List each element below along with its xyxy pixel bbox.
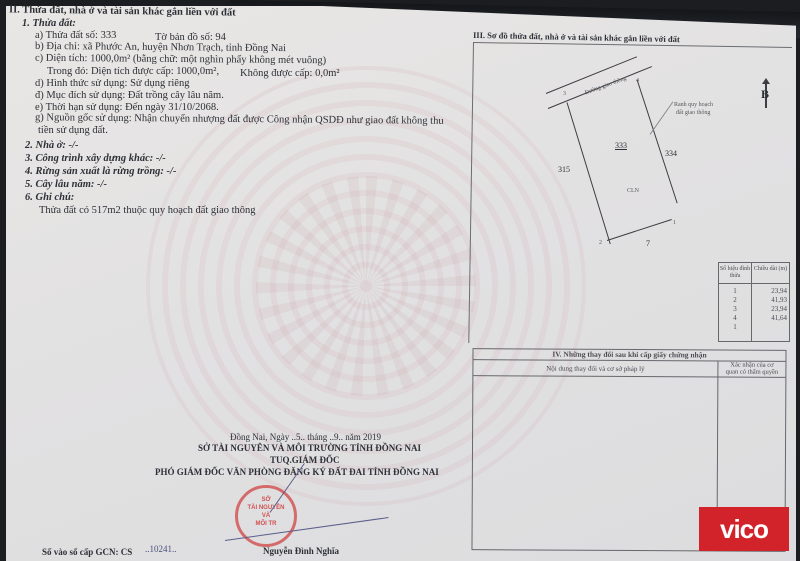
edge-number: 1	[719, 287, 751, 295]
edge-length-table: Số hiệu đỉnh thửa Chiều dài (m) 123,9424…	[718, 262, 790, 342]
on-behalf-of: TUQ.GIÁM ĐỐC	[270, 454, 340, 466]
north-letter: B	[761, 88, 769, 100]
parcel-right-number: 334	[665, 148, 677, 160]
edge-length: 41,64	[752, 314, 787, 322]
vertex-1: 1	[673, 220, 676, 227]
land-heading: 1. Thửa đất:	[22, 18, 76, 30]
background-emblem-center	[256, 176, 476, 396]
edge-length: 23,94	[752, 305, 787, 313]
stamp-line-4: MÔI TR	[238, 520, 294, 528]
vico-watermark-logo: vico	[699, 507, 789, 551]
parcel-main-number: 333	[615, 140, 627, 152]
vertex-2: 2	[599, 240, 602, 247]
other-construction-item: 3. Công trình xây dựng khác: -/-	[25, 153, 166, 165]
planning-label-1: Ranh quy hoạch	[674, 102, 713, 109]
area-granted: Trong đó: Diện tích được cấp: 1000,0m²,	[47, 66, 219, 78]
house-item: 2. Nhà ở: -/-	[25, 140, 78, 152]
perennial-trees-item: 5. Cây lâu năm: -/-	[25, 179, 107, 191]
stamp-line-1: SỞ	[238, 496, 294, 504]
confirm-header-2: quan có thẩm quyền	[718, 368, 785, 376]
edge-number: 2	[719, 296, 751, 304]
north-arrow-icon: B	[760, 80, 772, 108]
use-purpose: đ) Mục đích sử dụng: Đất trồng cây lâu n…	[35, 90, 224, 102]
parcel-land-code: CLN	[627, 188, 639, 195]
notes-heading: 6. Ghi chú:	[25, 192, 74, 204]
vertex-4: 4	[636, 78, 639, 85]
changes-heading: IV. Những thay đổi sau khi cấp giấy chứn…	[473, 350, 785, 360]
stamp-line-3: VÀ	[238, 512, 294, 520]
planning-label-2: đất giao thông	[676, 110, 710, 117]
planted-forest-item: 4. Rừng sản xuất là rừng trồng: -/-	[25, 166, 176, 178]
signer-name: Nguyễn Đình Nghĩa	[263, 545, 339, 557]
edge-number: 1	[719, 323, 751, 331]
edge-length: 41,93	[752, 296, 787, 304]
edge-header: Số hiệu đỉnh thửa	[719, 266, 751, 280]
registry-label: Số vào sổ cấp GCN: CS	[42, 546, 132, 558]
edge-length: 23,94	[752, 287, 787, 295]
use-form: d) Hình thức sử dụng: Sử dụng riêng	[35, 78, 189, 90]
registry-number: ..10241..	[145, 543, 177, 555]
changes-content-header: Nội dung thay đổi và cơ sở pháp lý	[473, 364, 717, 373]
edge-number: 4	[719, 314, 751, 322]
edge-number: 3	[719, 305, 751, 313]
area-not-granted: Không được cấp: 0,0m²	[240, 68, 340, 80]
notes-text: Thửa đất có 517m2 thuộc quy hoạch đất gi…	[39, 205, 256, 217]
length-header: Chiều dài (m)	[752, 266, 789, 273]
parcel-left-number: 315	[558, 164, 570, 176]
vertex-3: 3	[563, 91, 566, 98]
stamp-line-2: TÀI NGUYÊN	[238, 504, 294, 512]
issuing-department: SỞ TÀI NGUYÊN VÀ MÔI TRƯỜNG TỈNH ĐỒNG NA…	[198, 442, 421, 454]
parcel-bottom-number: 7	[646, 238, 650, 250]
land-origin-line2: tiền sử dụng đất.	[38, 125, 108, 137]
